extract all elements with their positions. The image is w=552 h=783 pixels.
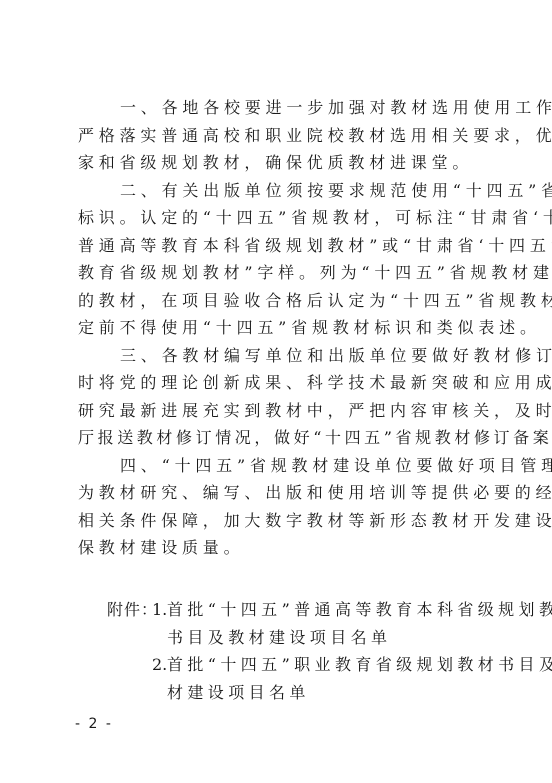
attachment-2-line-1: 首批“十四五”职业教育省级规划教材书目及教 <box>167 655 552 675</box>
paragraph-4-line-4: 保教材建设质量。 <box>78 538 478 558</box>
paragraph-2-line-2: 标识。认定的“十四五”省规教材，可标注“甘肃省‘十四五’ <box>78 208 478 228</box>
paragraph-3-line-4: 厅报送教材修订情况，做好“十四五”省规教材修订备案工作。 <box>78 428 478 448</box>
paragraph-4-line-1: 四、“十四五”省规教材建设单位要做好项目管理和服务， <box>120 456 520 476</box>
paragraph-2-line-3: 普通高等教育本科省级规划教材”或“甘肃省‘十四五’职业 <box>78 236 478 256</box>
attachment-2-line-2: 材建设项目名单 <box>167 683 552 703</box>
paragraph-4-line-3: 相关条件保障，加大数字教材等新形态教材开发建设力度，确 <box>78 511 478 531</box>
page-number: - 2 - <box>75 716 113 732</box>
attachment-1-line-1: 首批“十四五”普通高等教育本科省级规划教材 <box>167 600 552 620</box>
attachment-1-line-2: 书目及教材建设项目名单 <box>167 628 552 648</box>
paragraph-2-line-1: 二、有关出版单位须按要求规范使用“十四五”省规教材 <box>120 181 520 201</box>
paragraph-2-line-5: 的教材，在项目验收合格后认定为“十四五”省规教材，未认 <box>78 291 478 311</box>
paragraph-4-line-2: 为教材研究、编写、出版和使用培训等提供必要的经费支持和 <box>78 483 478 503</box>
paragraph-3-line-3: 研究最新进展充实到教材中，严把内容审核关，及时向省教育 <box>78 401 478 421</box>
paragraph-3-line-2: 时将党的理论创新成果、科学技术最新突破和应用成果、学术 <box>78 373 478 393</box>
paragraph-1-line-2: 严格落实普通高校和职业院校教材选用相关要求，优先选用国 <box>78 126 478 146</box>
paragraph-2-line-4: 教育省级规划教材”字样。列为“十四五”省规教材建设项目 <box>78 263 478 283</box>
paragraph-2-line-6: 定前不得使用“十四五”省规教材标识和类似表述。 <box>78 318 478 338</box>
paragraph-3-line-1: 三、各教材编写单位和出版单位要做好教材修订工作，及 <box>120 346 520 366</box>
paragraph-1-line-1: 一、各地各校要进一步加强对教材选用使用工作的管理， <box>120 98 520 118</box>
paragraph-1-line-3: 家和省级规划教材，确保优质教材进课堂。 <box>78 153 478 173</box>
